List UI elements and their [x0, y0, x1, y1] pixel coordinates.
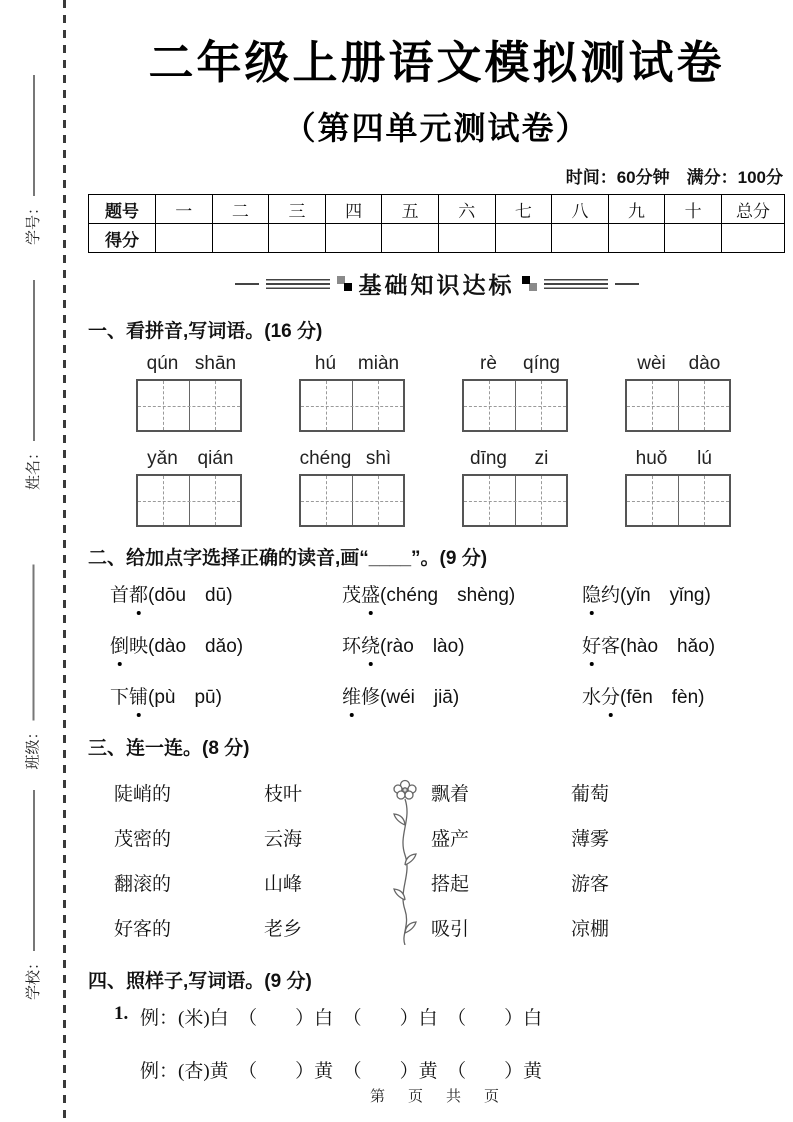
match-item: 茂密的	[114, 815, 264, 860]
score-table-col: 四	[325, 195, 382, 224]
writing-grid	[462, 474, 568, 527]
match-item: 游客	[571, 860, 691, 905]
class-blank-line	[33, 565, 35, 721]
pinyin-options: (chéng shèng)	[380, 585, 515, 606]
writing-grid-cell	[516, 476, 567, 525]
pinyin-word-item: wèidào	[625, 353, 731, 432]
writing-grid-cell	[301, 476, 353, 525]
match-item: 翻滚的	[114, 860, 264, 905]
seal-dashed-line	[63, 0, 66, 1122]
pinyin-options: (dào dǎo)	[148, 636, 243, 657]
school-label: 学校：	[22, 955, 43, 1000]
score-table-col: 八	[552, 195, 609, 224]
question-3-title: 三、连一连。(8 分)	[88, 733, 785, 760]
time-score-info: 时间：60分钟 满分：100分	[88, 163, 783, 188]
dotted-character: 倒	[110, 631, 129, 658]
score-label: 得分	[89, 224, 156, 253]
pinyin-label: wèidào	[625, 353, 731, 375]
pinyin-word-item: qúnshān	[136, 353, 242, 432]
pinyin-word-item: dīngzi	[462, 448, 568, 527]
item-number: 1.	[114, 1003, 140, 1030]
match-item: 凉棚	[571, 905, 691, 950]
pronunciation-item: 维修(wéi jiā)	[342, 682, 582, 709]
score-table-col: 七	[495, 195, 552, 224]
pronunciation-row: 首都(dōu dū) 茂盛(chéng shèng) 隐约(yǐn yǐng)	[88, 580, 785, 607]
score-cell	[552, 224, 609, 253]
score-table-col: 十	[665, 195, 722, 224]
dotted-character: 绕	[361, 631, 380, 658]
page-footer: 第 页 共 页	[88, 1085, 785, 1106]
score-cell	[156, 224, 213, 253]
writing-grid-cell	[301, 381, 353, 430]
question-3: 三、连一连。(8 分) 陡峭的 枝叶	[88, 733, 785, 950]
writing-grid-cell	[464, 476, 516, 525]
question-2: 二、给加点字选择正确的读音,画“____”。(9 分) 首都(dōu dū) 茂…	[88, 543, 785, 709]
score-table-col: 五	[382, 195, 439, 224]
match-item: 老乡	[264, 905, 379, 950]
score-table: 题号 一 二 三 四 五 六 七 八 九 十 总分 得分	[88, 194, 785, 253]
writing-grid-cell	[464, 381, 516, 430]
exam-subtitle: （第四单元测试卷）	[88, 103, 785, 149]
pinyin-grid-row: yǎnqián chéngshì dīngzi	[88, 448, 785, 527]
score-cell	[438, 224, 495, 253]
match-item: 云海	[264, 815, 379, 860]
writing-grid-cell	[679, 476, 730, 525]
question-number-label: 题号	[89, 195, 156, 224]
pinyin-options: (rào lào)	[380, 636, 464, 657]
example-row: 1. 例：(米)白 （ ）白 （ ）白 （ ）白	[88, 1003, 785, 1030]
match-item: 盛产	[431, 815, 571, 860]
banner-lines-left	[266, 279, 330, 289]
pronunciation-item: 隐约(yǐn yǐng)	[582, 580, 785, 607]
pinyin-word-item: yǎnqián	[136, 448, 242, 527]
pinyin-label: yǎnqián	[136, 448, 242, 470]
match-item: 薄雾	[571, 815, 691, 860]
writing-grid-cell	[190, 381, 241, 430]
section-banner-title: 基础知识达标	[359, 267, 515, 300]
banner-lines-right	[544, 279, 608, 289]
score-table-col: 一	[156, 195, 213, 224]
writing-grid-cell	[138, 381, 190, 430]
score-table-col: 二	[212, 195, 269, 224]
dotted-character: 盛	[361, 580, 380, 607]
margin-field-name: 姓名：	[20, 280, 44, 490]
pinyin-options: (fēn fèn)	[620, 687, 704, 708]
student-id-blank-line	[33, 75, 35, 196]
pinyin-word-item: húmiàn	[299, 353, 405, 432]
match-item: 搭起	[431, 860, 571, 905]
writing-grid-cell	[627, 476, 679, 525]
writing-grid-cell	[627, 381, 679, 430]
score-table-col: 九	[608, 195, 665, 224]
pinyin-label: huǒlú	[625, 448, 731, 470]
pronunciation-row: 倒映(dào dǎo) 环绕(rào lào) 好客(hào hǎo)	[88, 631, 785, 658]
pinyin-word-item: rèqíng	[462, 353, 568, 432]
score-cell	[608, 224, 665, 253]
pronunciation-item: 下铺(pù pū)	[110, 682, 342, 709]
name-blank-line	[33, 280, 35, 441]
writing-grid	[462, 379, 568, 432]
writing-grid-cell	[190, 476, 241, 525]
question-2-title: 二、给加点字选择正确的读音,画“____”。(9 分)	[88, 543, 785, 570]
pinyin-options: (pù pū)	[148, 687, 222, 708]
example-row: 例：(杏)黄 （ ）黄 （ ）黄 （ ）黄	[88, 1056, 785, 1083]
class-label: 班级：	[21, 724, 42, 769]
pronunciation-item: 首都(dōu dū)	[110, 580, 342, 607]
pinyin-options: (dōu dū)	[148, 585, 233, 606]
score-table-header-row: 题号 一 二 三 四 五 六 七 八 九 十 总分	[89, 195, 785, 224]
match-item: 飘着	[431, 770, 571, 815]
pronunciation-item: 倒映(dào dǎo)	[110, 631, 342, 658]
writing-grid-cell	[679, 381, 730, 430]
pinyin-options: (wéi jiā)	[380, 687, 459, 708]
pinyin-label: qúnshān	[136, 353, 242, 375]
pinyin-grid-row: qúnshān húmiàn rèqíng	[88, 353, 785, 432]
banner-dash-right	[615, 283, 639, 285]
score-cell	[212, 224, 269, 253]
question-4-title: 四、照样子,写词语。(9 分)	[88, 966, 785, 993]
student-id-label: 学号：	[22, 200, 43, 245]
writing-grid-cell	[516, 381, 567, 430]
section-banner: 基础知识达标	[88, 267, 785, 300]
exam-title: 二年级上册语文模拟测试卷	[88, 26, 785, 91]
dotted-character: 都	[129, 580, 148, 607]
name-label: 姓名：	[22, 445, 43, 490]
pinyin-label: chéngshì	[299, 448, 405, 470]
pinyin-label: rèqíng	[462, 353, 568, 375]
question-4: 四、照样子,写词语。(9 分) 1. 例：(米)白 （ ）白 （ ）白 （ ）白…	[88, 966, 785, 1083]
example-text: 例：(米)白 （ ）白 （ ）白 （ ）白	[140, 1003, 542, 1030]
dotted-character: 维	[342, 682, 361, 709]
pronunciation-row: 下铺(pù pū) 维修(wéi jiā) 水分(fēn fèn)	[88, 682, 785, 709]
writing-grid	[299, 379, 405, 432]
writing-grid	[625, 379, 731, 432]
pinyin-options: (yǐn yǐng)	[620, 585, 711, 606]
pinyin-label: dīngzi	[462, 448, 568, 470]
banner-squares-icon	[337, 276, 352, 291]
score-cell	[269, 224, 326, 253]
exam-content: 二年级上册语文模拟测试卷 （第四单元测试卷） 时间：60分钟 满分：100分 题…	[88, 0, 785, 1109]
pinyin-options: (hào hǎo)	[620, 636, 715, 657]
banner-squares-icon	[522, 276, 537, 291]
match-item: 葡萄	[571, 770, 691, 815]
exam-page: 学号： 姓名： 班级： 学校： 二年级上册语文模拟测试卷 （第四单元测试卷） 时…	[0, 0, 793, 1122]
match-item: 枝叶	[264, 770, 379, 815]
school-blank-line	[33, 790, 35, 951]
dotted-character: 隐	[582, 580, 601, 607]
score-cell	[325, 224, 382, 253]
writing-grid-cell	[353, 381, 404, 430]
question-1-title: 一、看拼音,写词语。(16 分)	[88, 316, 785, 343]
banner-dash-left	[235, 283, 259, 285]
dotted-character: 分	[601, 682, 620, 709]
writing-grid	[136, 379, 242, 432]
writing-grid-cell	[353, 476, 404, 525]
score-cell	[722, 224, 785, 253]
dotted-character: 好	[582, 631, 601, 658]
vine-decoration	[379, 775, 431, 945]
score-cell	[665, 224, 722, 253]
match-item: 陡峭的	[114, 770, 264, 815]
margin-field-class: 班级：	[20, 565, 44, 770]
score-cell	[382, 224, 439, 253]
example-text: 例：(杏)黄 （ ）黄 （ ）黄 （ ）黄	[140, 1056, 542, 1083]
pinyin-word-item: huǒlú	[625, 448, 731, 527]
match-item: 山峰	[264, 860, 379, 905]
pinyin-word-item: chéngshì	[299, 448, 405, 527]
score-table-total-col: 总分	[722, 195, 785, 224]
writing-grid	[136, 474, 242, 527]
pronunciation-item: 好客(hào hǎo)	[582, 631, 785, 658]
pronunciation-item: 水分(fēn fèn)	[582, 682, 785, 709]
writing-grid-cell	[138, 476, 190, 525]
item-number	[114, 1056, 140, 1083]
score-table-col: 六	[438, 195, 495, 224]
matching-grid: 陡峭的 枝叶	[88, 770, 785, 950]
score-table-col: 三	[269, 195, 326, 224]
pinyin-label: húmiàn	[299, 353, 405, 375]
writing-grid	[299, 474, 405, 527]
pronunciation-item: 环绕(rào lào)	[342, 631, 582, 658]
match-item: 吸引	[431, 905, 571, 950]
writing-grid	[625, 474, 731, 527]
score-table-score-row: 得分	[89, 224, 785, 253]
margin-field-school: 学校：	[20, 790, 44, 1000]
match-item: 好客的	[114, 905, 264, 950]
score-cell	[495, 224, 552, 253]
dotted-character: 铺	[129, 682, 148, 709]
question-1: 一、看拼音,写词语。(16 分) qúnshān húmiàn rè	[88, 316, 785, 527]
pronunciation-item: 茂盛(chéng shèng)	[342, 580, 582, 607]
margin-field-student-id: 学号：	[20, 75, 44, 245]
